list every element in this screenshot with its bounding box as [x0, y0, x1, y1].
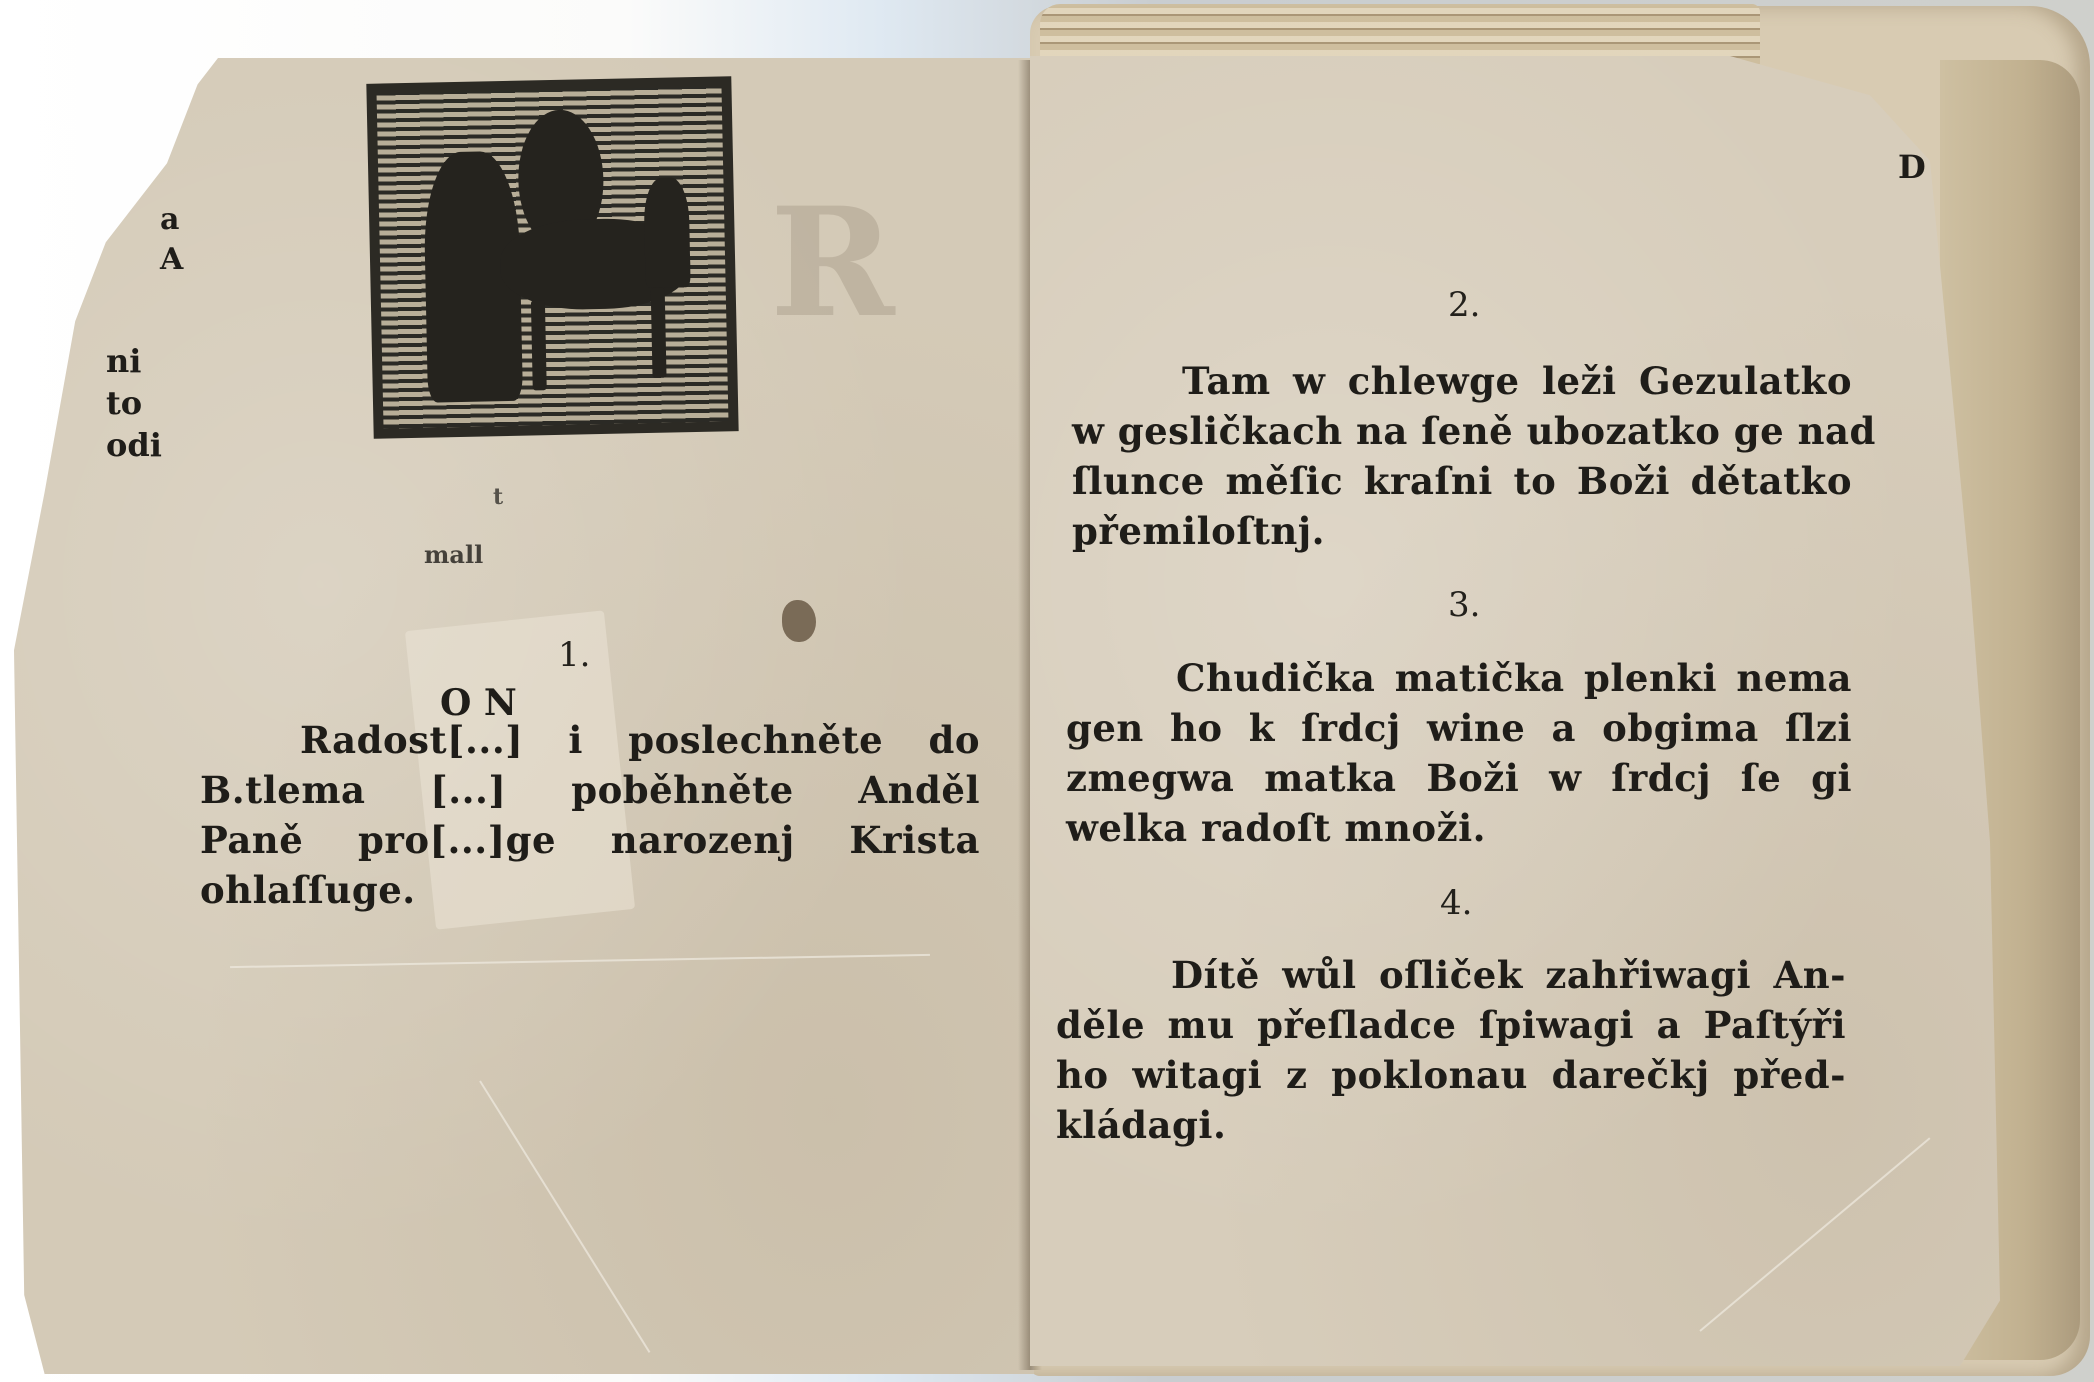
- figure-donkey-head: [643, 177, 690, 288]
- verse-line: Paně pro[...]ge narozenj Krista: [200, 815, 980, 865]
- verse-line: Dítě wůl oſliček zahřiwagi An-: [1056, 950, 1846, 1000]
- verse-line: Radost[...] i poslechněte do: [200, 715, 980, 765]
- margin-fragment-column: a A: [160, 200, 183, 280]
- woodcut-illustration: [366, 76, 738, 439]
- verse-line: Chudička matička plenki nema: [1066, 653, 1852, 703]
- edge-fragment: D: [1898, 148, 1926, 186]
- verse-line: přemiloſtnj.: [1072, 506, 1852, 556]
- verse-line: B.tlema [...] poběhněte Anděl: [200, 765, 980, 815]
- paper-stain: [782, 600, 816, 642]
- donkey-leg: [531, 300, 547, 390]
- ghost-initial-letter: R: [770, 175, 895, 351]
- verse-line: welka radoſt množi.: [1066, 803, 1852, 853]
- faint-mark: mall: [424, 540, 483, 569]
- margin-fragment: A: [160, 240, 183, 280]
- margin-fragment-column-2: ni to odi: [106, 340, 162, 466]
- verse-line: ho witagi z poklonau darečkj před-: [1056, 1050, 1846, 1100]
- verse-1-text: Radost[...] i poslechněte do B.tlema [..…: [200, 715, 980, 915]
- margin-fragment: to: [106, 382, 162, 424]
- margin-fragment: a: [160, 200, 183, 240]
- verse-line: ſlunce měſic kraſni to Boži dětatko: [1072, 456, 1852, 506]
- verse-2-text: Tam w chlewge leži Gezulatko w gesličkac…: [1072, 356, 1852, 556]
- faint-mark: t: [493, 484, 503, 510]
- verse-4-text: Dítě wůl oſliček zahřiwagi An- děle mu p…: [1056, 950, 1846, 1150]
- verse-line: Tam w chlewge leži Gezulatko: [1072, 356, 1852, 406]
- verse-line: ohlaſſuge.: [200, 865, 980, 915]
- donkey-leg: [651, 288, 667, 378]
- margin-fragment: ni: [106, 340, 162, 382]
- verse-number-4: 4.: [1440, 883, 1472, 923]
- verse-line: děle mu přeſladce ſpiwagi a Paſtýři: [1056, 1000, 1846, 1050]
- verse-line: gen ho k ſrdcj wine a obgima ſlzi: [1066, 703, 1852, 753]
- scanned-book-spread: R a A ni to odi t mall 1. O N Radost[...…: [0, 0, 2094, 1382]
- woodcut-image: [377, 86, 729, 428]
- book-spine-top-edge: [1040, 4, 1760, 64]
- margin-fragment: odi: [106, 424, 162, 466]
- verse-number-1: 1.: [558, 635, 590, 675]
- verse-3-text: Chudička matička plenki nema gen ho k ſr…: [1066, 653, 1852, 853]
- verse-line: zmegwa matka Boži w ſrdcj ſe gi: [1066, 753, 1852, 803]
- verse-number-3: 3.: [1448, 585, 1480, 625]
- verse-line: kládagi.: [1056, 1100, 1846, 1150]
- verse-number-2: 2.: [1448, 285, 1480, 325]
- verse-line: w gesličkach na ſeně ubozatko ge nad: [1072, 406, 1852, 456]
